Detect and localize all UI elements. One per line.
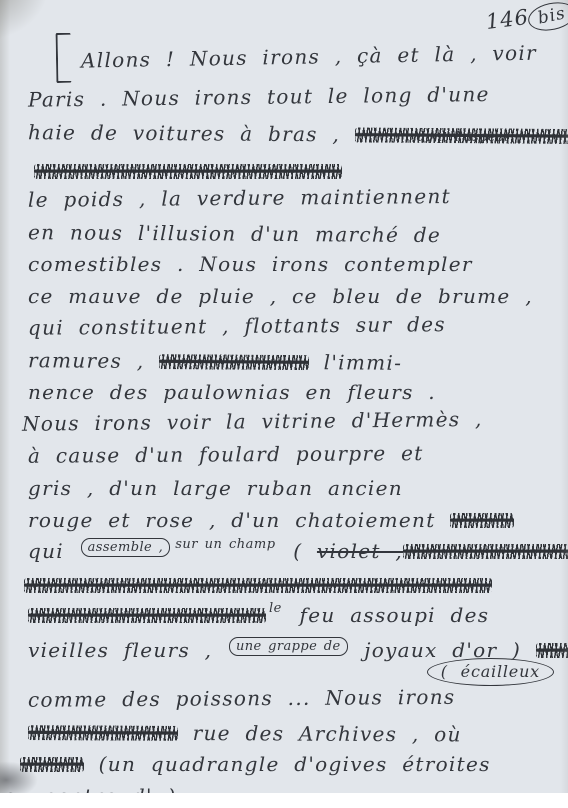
handwritten-text: en nous l'illusion d'un marché de — [28, 220, 441, 247]
manuscript-line: (illisible) rue des Archives , où — [0, 716, 568, 751]
boxed-insertion: assemble , — [81, 538, 171, 557]
manuscript-body: [Allons ! Nous irons , çà et là , voirPa… — [0, 0, 568, 808]
inserted-text: le — [269, 601, 282, 616]
manuscript-line: (illisible)le feu assoupi des — [0, 600, 568, 634]
manuscript-line: (illisible) (un quadrangle d'ogives étro… — [0, 748, 568, 780]
handwritten-text: Allons ! Nous irons , çà et là , voir — [81, 41, 537, 73]
opening-bracket-mark: [ — [56, 33, 72, 83]
manuscript-line: en nous l'illusion d'un marché de — [0, 216, 568, 252]
manuscript-line: (illisible) — [0, 570, 568, 600]
manuscript-page: 146bis [Allons ! Nous irons , çà et là ,… — [0, 0, 568, 808]
handwritten-text: gris , d'un large ruban ancien — [28, 476, 403, 500]
handwritten-text: le poids , la verdure maintiennent — [28, 184, 451, 212]
scribble-strikethrough: (illisible) — [159, 354, 309, 370]
handwritten-text: qui — [28, 539, 79, 563]
manuscript-line: rouge et rose , d'un chatoiement (illisi… — [0, 504, 568, 536]
scribble-strikethrough: (illisible) — [450, 513, 514, 528]
manuscript-line: le poids , la verdure maintiennent — [0, 179, 568, 216]
page-bottom-edge — [0, 793, 568, 808]
handwritten-text: ( — [279, 539, 317, 563]
handwritten-text: feu assoupi des — [285, 603, 489, 627]
handwritten-text: Nous irons voir la vitrine d'Hermès , — [22, 407, 483, 436]
handwritten-text: comme des poissons ... Nous irons — [28, 685, 456, 712]
handwritten-text: vieilles fleurs , — [28, 638, 227, 662]
scribble-strikethrough: (illisible) — [28, 608, 266, 623]
handwritten-text: Paris . Nous irons tout le long d'une — [28, 82, 490, 112]
scribble-strikethrough: (illisible) — [24, 578, 492, 593]
manuscript-line: comme des poissons ... Nous irons — [0, 680, 568, 716]
boxed-insertion: une grappe de — [229, 637, 348, 656]
handwritten-text: rouge et rose , d'un chatoiement — [28, 508, 450, 532]
handwritten-text: ramures , — [28, 348, 159, 373]
scribble-strikethrough: (illisible) — [20, 757, 84, 772]
manuscript-line: qui constituent , flottants sur des — [0, 307, 568, 344]
handwritten-text: l'immi- — [309, 350, 402, 375]
handwritten-text: rue des Archives , où — [178, 721, 462, 746]
manuscript-line: Paris . Nous irons tout le long d'une — [0, 77, 568, 116]
manuscript-line: comestibles . Nous irons contempler — [0, 248, 568, 280]
handwritten-text: qui constituent , flottants sur des — [28, 312, 446, 340]
manuscript-line: ramures , (illisible) l'immi- — [0, 344, 568, 380]
page-number-value: 146 — [484, 5, 530, 34]
manuscript-line: gris , d'un large ruban ancien — [0, 472, 568, 504]
scribble-strikethrough: (illisible) — [536, 643, 568, 658]
handwritten-text: à cause d'un foulard pourpre et — [28, 441, 424, 468]
handwritten-text: haie de voitures à bras , — [28, 120, 355, 146]
handwritten-text: (un quadrangle d'ogives étroites — [84, 752, 491, 776]
manuscript-line: Nous irons voir la vitrine d'Hermès , — [0, 402, 568, 440]
manuscript-line: à cause d'un foulard pourpre et — [0, 436, 568, 472]
scribble-strikethrough: (illisible) — [34, 164, 342, 179]
manuscript-line: [Allons ! Nous irons , çà et là , voir — [0, 24, 568, 84]
inserted-text: dont l'aspect , — [417, 130, 521, 145]
handwritten-text: comestibles . Nous irons contempler — [28, 252, 473, 276]
inserted-text: sur un champ — [175, 537, 275, 552]
struck-text: violet , — [317, 539, 403, 563]
scribble-strikethrough: (illisible) — [403, 544, 568, 559]
handwritten-text: nence des paulownias en fleurs . — [28, 380, 436, 404]
handwritten-text: ce mauve de pluie , ce bleu de brume , — [28, 284, 533, 308]
scribble-strikethrough: (illisible) — [28, 725, 178, 741]
manuscript-line: qui assemble ,sur un champ ( violet ,(il… — [0, 536, 568, 570]
